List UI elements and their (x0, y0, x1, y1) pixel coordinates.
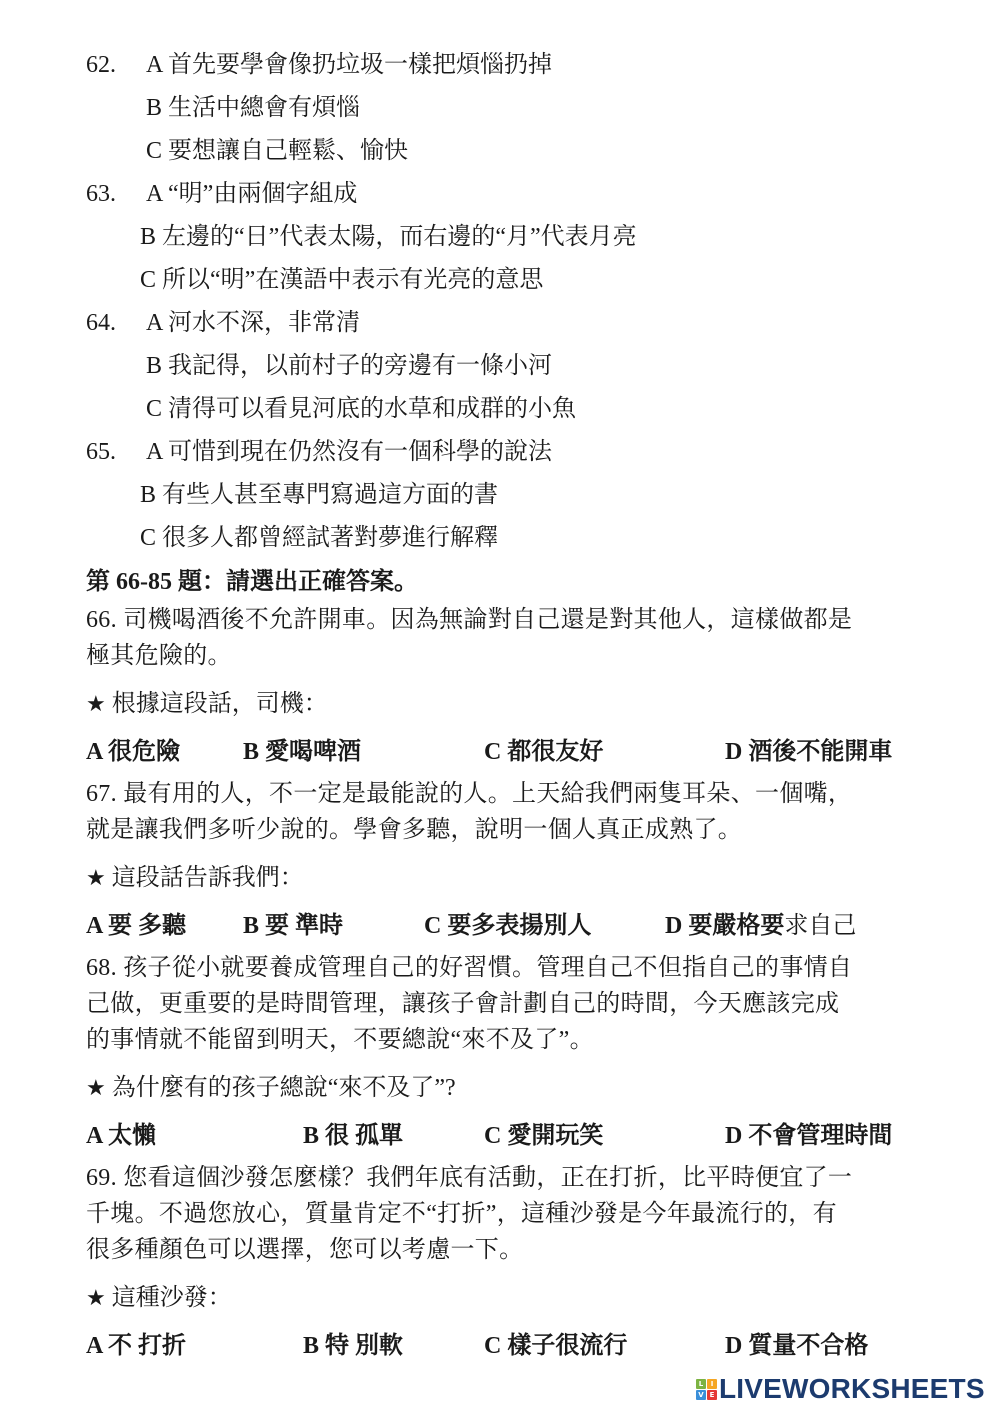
option-row: 64.A 河水不深，非常清 (86, 302, 946, 345)
answer-letter: D (725, 1333, 742, 1359)
passage-line: 極其危險的。 (86, 643, 232, 669)
answer-text: 樣子很流行 (507, 1333, 627, 1359)
answer-options: A 太懶 B 很 孤單 C 愛開玩笑 D 不會管理時間 (86, 1118, 946, 1156)
answer-text: 要多表揚別人 (447, 913, 591, 939)
answer-option-b[interactable]: B 要 準時 (243, 908, 343, 944)
star-icon: ★ (86, 865, 106, 890)
answer-option-d[interactable]: D 不會管理時間 (725, 1118, 892, 1154)
answer-letter: B (243, 739, 259, 765)
answer-options: A 不 打折 B 特 別軟 C 樣子很流行 D 質量不合格 (86, 1328, 946, 1366)
answer-text: 質量不合格 (748, 1333, 868, 1359)
section-title: 第 66-85 題：請選出正確答案。 (86, 562, 946, 602)
ordering-question-64: 64.A 河水不深，非常清 B 我記得，以前村子的旁邊有一條小河 C 清得可以看… (86, 302, 946, 431)
answer-text: 要嚴格要 (688, 913, 784, 939)
question-prompt: ★為什麼有的孩子總說“來不及了”? (86, 1070, 946, 1106)
option-row: B 生活中總會有煩惱 (86, 87, 946, 130)
answer-text: 愛喝啤酒 (265, 739, 361, 765)
ordering-question-62: 62.A 首先要學會像扔垃圾一樣把煩惱扔掉 B 生活中總會有煩惱 C 要想讓自己… (86, 44, 946, 173)
passage: 67. 最有用的人，不一定是最能說的人。上天給我們兩隻耳朵、一個嘴， 就是讓我們… (86, 776, 946, 848)
reading-question-67: 67. 最有用的人，不一定是最能說的人。上天給我們兩隻耳朵、一個嘴， 就是讓我們… (86, 776, 946, 946)
answer-letter: D (725, 1123, 742, 1149)
answer-options: A 很危險 B 愛喝啤酒 C 都很友好 D 酒後不能開車 (86, 734, 946, 772)
question-prompt: ★這段話告訴我們： (86, 860, 946, 896)
reading-question-68: 68. 孩子從小就要養成管理自己的好習慣。管理自己不但指自己的事情自 己做，更重… (86, 950, 946, 1156)
option-row: 62.A 首先要學會像扔垃圾一樣把煩惱扔掉 (86, 44, 946, 87)
option-row: B 左邊的“日”代表太陽，而右邊的“月”代表月亮 (86, 216, 946, 259)
option-row: C 所以“明”在漢語中表示有光亮的意思 (86, 259, 946, 302)
ordering-question-63: 63.A “明”由兩個字組成 B 左邊的“日”代表太陽，而右邊的“月”代表月亮 … (86, 173, 946, 302)
answer-letter: B (303, 1333, 319, 1359)
question-prompt: ★這種沙發： (86, 1280, 946, 1316)
star-icon: ★ (86, 1075, 106, 1100)
passage-line: 己做，更重要的是時間管理，讓孩子會計劃自己的時間，今天應該完成 (86, 991, 839, 1017)
option-letter: A (146, 52, 162, 78)
question-text: 這段話告訴我們： (112, 865, 304, 891)
answer-option-a[interactable]: A 很危險 (86, 734, 180, 770)
option-row: B 有些人甚至專門寫過這方面的書 (86, 474, 946, 517)
answer-option-d[interactable]: D 要嚴格要求自己 (665, 908, 856, 944)
logo-tiles-icon: L I V E (696, 1379, 717, 1400)
answer-letter: C (484, 739, 501, 765)
star-icon: ★ (86, 1285, 106, 1310)
answer-letter: C (484, 1333, 501, 1359)
question-text: 根據這段話，司機： (112, 691, 328, 717)
passage-line: 的事情就不能留到明天，不要總說“來不及了”。 (86, 1027, 594, 1053)
question-prompt: ★根據這段話，司機： (86, 686, 946, 722)
answer-text: 要 多聽 (108, 913, 186, 939)
option-row: 63.A “明”由兩個字組成 (86, 173, 946, 216)
option-text: “明”由兩個字組成 (168, 181, 357, 207)
passage-line: 就是讓我們多听少說的。學會多聽，說明一個人真正成熟了。 (86, 817, 742, 843)
option-letter: B (140, 224, 156, 250)
answer-letter: C (424, 913, 441, 939)
logo-tile-i: I (707, 1379, 717, 1389)
reading-question-66: 66. 司機喝酒後不允許開車。因為無論對自己還是對其他人，這樣做都是 極其危險的… (86, 602, 946, 772)
answer-letter: C (484, 1123, 501, 1149)
answer-text: 酒後不能開車 (748, 739, 892, 765)
answer-text: 要 準時 (265, 913, 343, 939)
option-letter: C (140, 267, 156, 293)
liveworksheets-logo: L I V E LIVEWORKSHEETS (696, 1377, 985, 1401)
answer-text: 不會管理時間 (748, 1123, 892, 1149)
passage: 68. 孩子從小就要養成管理自己的好習慣。管理自己不但指自己的事情自 己做，更重… (86, 950, 946, 1058)
star-icon: ★ (86, 691, 106, 716)
option-letter: C (140, 525, 156, 551)
logo-tile-l: L (696, 1379, 706, 1389)
answer-text: 很 孤單 (325, 1123, 403, 1149)
logo-tile-v: V (696, 1390, 706, 1400)
question-number: 69. (86, 1165, 117, 1191)
worksheet-page: 62.A 首先要學會像扔垃圾一樣把煩惱扔掉 B 生活中總會有煩惱 C 要想讓自己… (86, 44, 946, 1370)
reading-question-69: 69. 您看這個沙發怎麼樣？我們年底有活動，正在打折，比平時便宜了一 千塊。不過… (86, 1160, 946, 1366)
option-letter: A (146, 181, 162, 207)
question-number: 68. (86, 955, 117, 981)
option-text: 生活中總會有煩惱 (168, 95, 360, 121)
answer-option-b[interactable]: B 特 別軟 (303, 1328, 403, 1364)
answer-option-a[interactable]: A 太懶 (86, 1118, 156, 1154)
question-number: 65. (86, 431, 146, 474)
question-number: 63. (86, 173, 146, 216)
passage-line: 您看這個沙發怎麼樣？我們年底有活動，正在打折，比平時便宜了一 (123, 1165, 852, 1191)
answer-option-c[interactable]: C 要多表揚別人 (424, 908, 591, 944)
option-text: 我記得，以前村子的旁邊有一條小河 (168, 353, 552, 379)
option-text: 首先要學會像扔垃圾一樣把煩惱扔掉 (168, 52, 552, 78)
option-text: 很多人都曾經試著對夢進行解釋 (162, 525, 498, 551)
answer-letter: A (86, 913, 102, 939)
answer-text-tail: 求自己 (784, 913, 856, 939)
answer-text: 特 別軟 (325, 1333, 403, 1359)
option-text: 清得可以看見河底的水草和成群的小魚 (168, 396, 576, 422)
option-letter: B (140, 482, 156, 508)
option-row: C 要想讓自己輕鬆、愉快 (86, 130, 946, 173)
answer-letter: B (243, 913, 259, 939)
option-letter: C (146, 396, 162, 422)
question-text: 為什麼有的孩子總說“來不及了”? (112, 1075, 456, 1101)
option-letter: B (146, 353, 162, 379)
ordering-question-65: 65.A 可惜到現在仍然沒有一個科學的說法 B 有些人甚至專門寫過這方面的書 C… (86, 431, 946, 560)
answer-option-c[interactable]: C 樣子很流行 (484, 1328, 627, 1364)
passage-line: 司機喝酒後不允許開車。因為無論對自己還是對其他人，這樣做都是 (123, 607, 852, 633)
answer-option-b[interactable]: B 愛喝啤酒 (243, 734, 361, 770)
question-text: 這種沙發： (112, 1285, 232, 1311)
option-text: 左邊的“日”代表太陽，而右邊的“月”代表月亮 (162, 224, 637, 250)
question-number: 67. (86, 781, 117, 807)
option-row: C 很多人都曾經試著對夢進行解釋 (86, 517, 946, 560)
answer-letter: A (86, 1333, 102, 1359)
answer-option-a[interactable]: A 要 多聽 (86, 908, 186, 944)
question-number: 66. (86, 607, 117, 633)
answer-text: 都很友好 (507, 739, 603, 765)
answer-option-d[interactable]: D 酒後不能開車 (725, 734, 892, 770)
logo-text: LIVEWORKSHEETS (719, 1377, 985, 1401)
answer-letter: A (86, 739, 102, 765)
answer-letter: D (725, 739, 742, 765)
option-text: 河水不深，非常清 (168, 310, 360, 336)
answer-text: 太懶 (108, 1123, 156, 1149)
answer-option-c[interactable]: C 都很友好 (484, 734, 603, 770)
passage-line: 孩子從小就要養成管理自己的好習慣。管理自己不但指自己的事情自 (123, 955, 852, 981)
option-text: 所以“明”在漢語中表示有光亮的意思 (162, 267, 543, 293)
logo-tile-e: E (707, 1390, 717, 1400)
answer-option-d[interactable]: D 質量不合格 (725, 1328, 868, 1364)
answer-option-a[interactable]: A 不 打折 (86, 1328, 186, 1364)
answer-letter: B (303, 1123, 319, 1149)
passage: 66. 司機喝酒後不允許開車。因為無論對自己還是對其他人，這樣做都是 極其危險的… (86, 602, 946, 674)
passage-line: 千塊。不過您放心，質量肯定不“打折”，這種沙發是今年最流行的，有 (86, 1201, 837, 1227)
option-letter: B (146, 95, 162, 121)
option-text: 有些人甚至專門寫過這方面的書 (162, 482, 498, 508)
option-row: C 清得可以看見河底的水草和成群的小魚 (86, 388, 946, 431)
passage-line: 最有用的人，不一定是最能說的人。上天給我們兩隻耳朵、一個嘴， (123, 781, 852, 807)
passage: 69. 您看這個沙發怎麼樣？我們年底有活動，正在打折，比平時便宜了一 千塊。不過… (86, 1160, 946, 1268)
answer-text: 不 打折 (108, 1333, 186, 1359)
answer-text: 愛開玩笑 (507, 1123, 603, 1149)
answer-option-b[interactable]: B 很 孤單 (303, 1118, 403, 1154)
option-row: B 我記得，以前村子的旁邊有一條小河 (86, 345, 946, 388)
option-letter: A (146, 439, 162, 465)
question-number: 64. (86, 302, 146, 345)
passage-line: 很多種顏色可以選擇，您可以考慮一下。 (86, 1237, 523, 1263)
answer-options: A 要 多聽 B 要 準時 C 要多表揚別人 D 要嚴格要求自己 (86, 908, 946, 946)
answer-option-c[interactable]: C 愛開玩笑 (484, 1118, 603, 1154)
option-row: 65.A 可惜到現在仍然沒有一個科學的說法 (86, 431, 946, 474)
option-text: 要想讓自己輕鬆、愉快 (168, 138, 408, 164)
answer-text: 很危險 (108, 739, 180, 765)
question-number: 62. (86, 44, 146, 87)
answer-letter: A (86, 1123, 102, 1149)
answer-letter: D (665, 913, 682, 939)
option-text: 可惜到現在仍然沒有一個科學的說法 (168, 439, 552, 465)
option-letter: A (146, 310, 162, 336)
option-letter: C (146, 138, 162, 164)
